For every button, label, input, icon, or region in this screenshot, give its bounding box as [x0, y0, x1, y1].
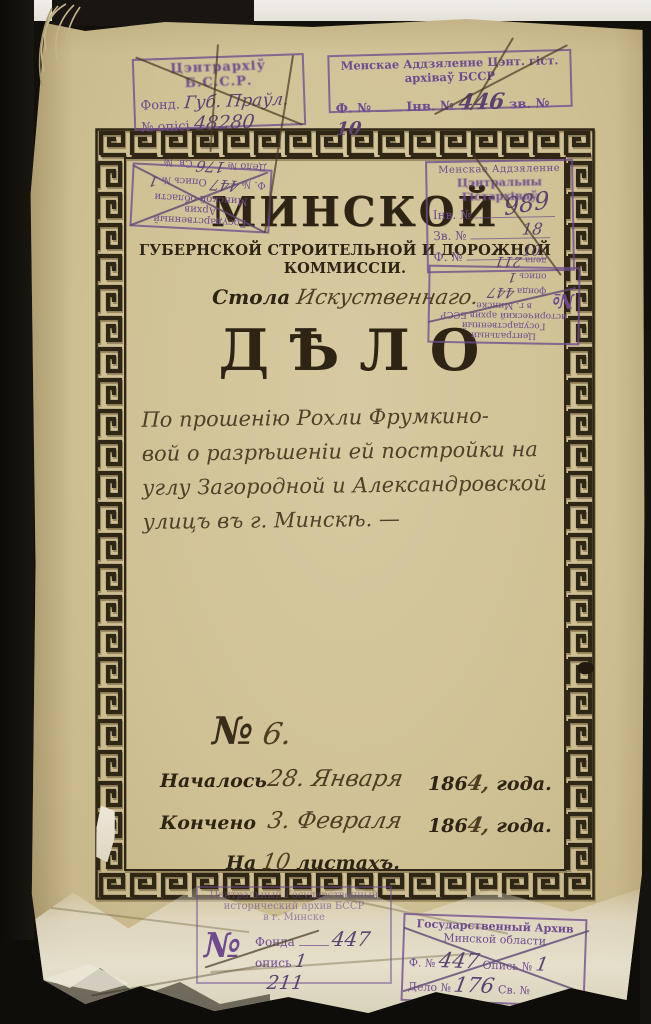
sv-label: Св. № — [163, 156, 193, 169]
document-cover-page: Цэнтрархіў Б.С.С.Р. Фонд. Губ. Праўл. № … — [30, 14, 645, 1014]
blank-line — [376, 99, 402, 112]
delo-handwritten: 176 — [194, 157, 226, 176]
stamp-org-city: в г. Минске — [203, 912, 385, 923]
opis-handwritten: 1 — [534, 954, 550, 976]
stamp-org-name2: исторический архив БССР — [203, 901, 385, 912]
ink-blot — [578, 662, 594, 674]
stamp-org-name: Цэнтрархіў Б.С.С.Р. — [139, 57, 298, 92]
year-word: года. — [496, 773, 552, 795]
opis-label: опись — [255, 956, 291, 970]
year-printed: 186 — [428, 815, 468, 837]
fond-value-handwritten: Губ. Праўл. — [183, 90, 289, 114]
stamp-cgia-bssr-inverted: Центральный Государственный исторический… — [427, 265, 580, 346]
sheets-row: На 10 листахъ. — [226, 850, 400, 875]
finished-row: Кончено 3. Февраля 1864, года. — [160, 812, 560, 846]
finished-label: Кончено — [160, 812, 256, 834]
zv-label: Зв. № — [433, 229, 466, 244]
stamp-cgia-bssr-bottom: Центральный Государственный исторический… — [196, 886, 392, 984]
stamp-org-name: Центральный Государственный — [433, 319, 573, 341]
opis-label: № опісі — [141, 119, 190, 136]
case-summary-handwritten: По прошенію Рохли Фрумкино- вой о разрѣш… — [141, 397, 623, 539]
delo-label: дела — [525, 254, 547, 264]
year-word: года. — [496, 815, 552, 837]
sv-label: Св. № — [498, 983, 530, 997]
stamp-org-name: Центральный Государственный — [203, 890, 385, 901]
delo-label: Дело № — [227, 159, 267, 172]
year-printed: 186 — [428, 773, 468, 795]
finished-year: 1864, года. — [428, 812, 552, 837]
sheets-post: листахъ. — [296, 852, 399, 874]
summary-line: улицъ въ г. Минскѣ. — — [142, 499, 622, 539]
fond-label: Фонда — [255, 935, 295, 949]
stamp-gosarchiv-minsk-inverted: Государственный Архив Минской области Ф.… — [129, 162, 272, 233]
opis-label: опись — [519, 270, 547, 280]
started-date-handwritten: 28. Января — [266, 766, 405, 792]
opis-label: Опись № — [161, 174, 207, 187]
started-row: Началось 28. Января 1864, года. — [160, 770, 560, 804]
case-number-value: 6. — [260, 717, 295, 752]
opis-handwritten: 1 — [507, 269, 518, 284]
zv-no-label: зв. № — [509, 96, 550, 112]
started-label: Началось — [160, 770, 267, 792]
book-spine-shadow — [0, 0, 34, 1024]
stamp-org-name: Менскае Аддзяленне Цэнт. гіст. архіваў Б… — [334, 53, 565, 87]
number-sign: № — [212, 708, 253, 753]
frayed-binding-threads — [28, 2, 98, 92]
fond-handwritten: 447 — [331, 927, 373, 951]
zv-no-handwritten: 10 — [335, 118, 362, 140]
fond-label: Фонд. — [140, 97, 180, 113]
delo-handwritten: 211 — [494, 253, 523, 269]
sheets-count-handwritten: 10 — [260, 850, 292, 875]
case-number: № 6. — [212, 708, 291, 753]
year-digit-handwritten: 4, — [465, 812, 491, 837]
desk-label: Стола — [212, 285, 290, 309]
inv-label: Інв. № — [433, 207, 472, 222]
year-digit-handwritten: 4, — [465, 770, 491, 795]
stamp-centrarchiv-bssr: Цэнтрархіў Б.С.С.Р. Фонд. Губ. Праўл. № … — [132, 53, 306, 131]
opis-value-handwritten: 48280 — [193, 111, 256, 135]
delo-handwritten: 176 — [452, 973, 496, 998]
f-no-label: Ф. № — [409, 956, 436, 970]
opis-handwritten: 1 — [294, 951, 308, 972]
stamp-minsk-branch-top: Менскае Аддзяленне Цэнт. гіст. архіваў Б… — [327, 49, 572, 113]
fond-handwritten: 447 — [486, 284, 515, 300]
started-year: 1864, года. — [428, 770, 552, 795]
delo-handwritten: 211 — [265, 972, 304, 994]
f-no-label: Ф. № — [336, 101, 372, 117]
finished-date-handwritten: 3. Февраля — [266, 808, 404, 834]
sheets-pre: На — [226, 852, 256, 874]
